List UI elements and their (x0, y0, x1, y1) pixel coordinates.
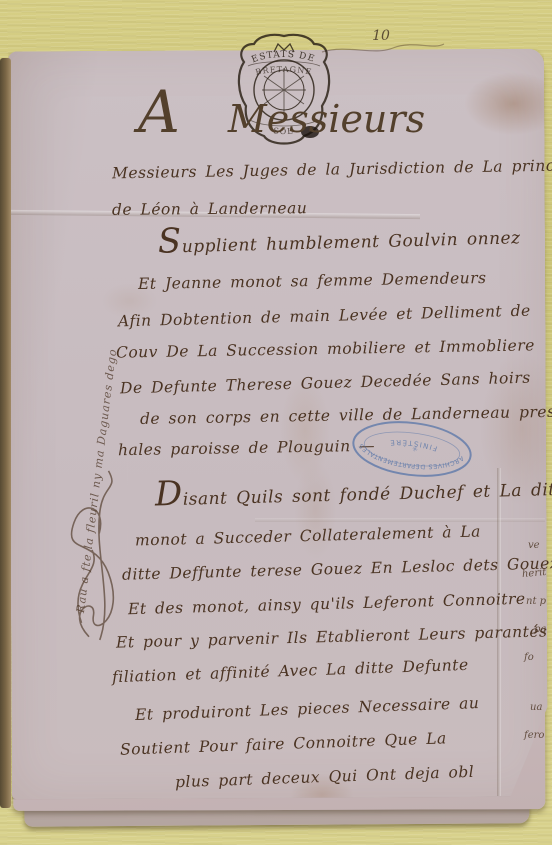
page-number-value: 10 (372, 28, 390, 44)
edge-fragment: herit (522, 567, 547, 580)
edge-fragment: pa (534, 624, 546, 635)
fold-crease-horizontal (255, 518, 545, 522)
heading-word: Messieurs (228, 97, 425, 141)
page-number-annotation: 10 (336, 28, 426, 44)
edge-fragment: ve (528, 540, 540, 551)
heading-initial: A (138, 78, 180, 146)
archive-stamp-center: ✳ (412, 444, 419, 453)
edge-fragment: fero (524, 730, 544, 741)
edge-fragment: fo (524, 652, 534, 663)
edge-fragment: nt p (526, 596, 546, 607)
paper-stack-edge (0, 58, 11, 808)
photographed-manuscript-page: 10 ESTATS DE BRETAGNE SOL AMess (0, 0, 552, 845)
address-line: de Léon à Landerneau (112, 201, 307, 218)
edge-fragment: ua (530, 702, 542, 713)
document-heading: AMessieurs (138, 78, 425, 146)
